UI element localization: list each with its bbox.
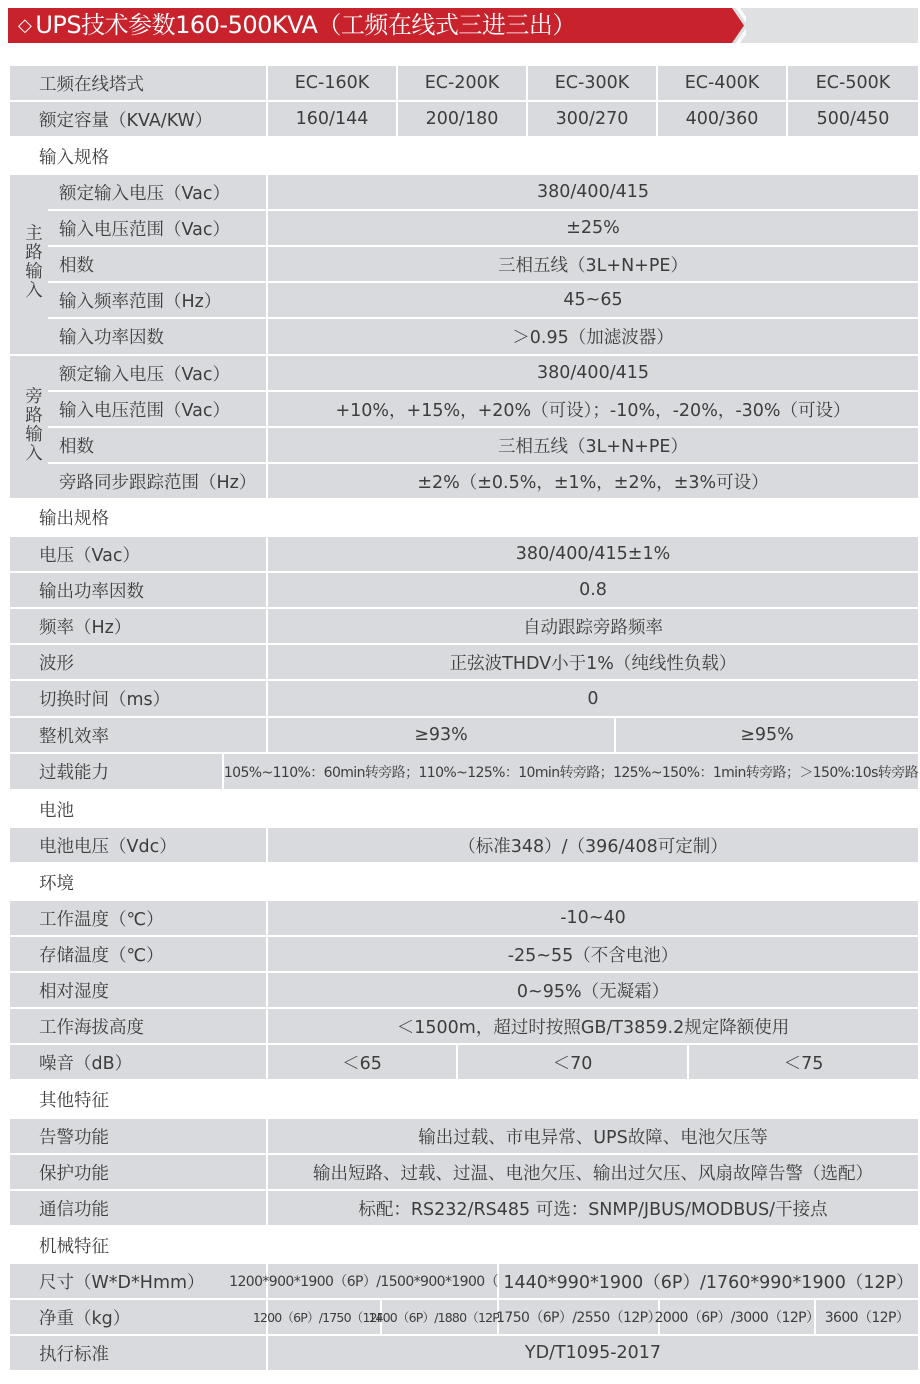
overload-row: 过载能力 105%~110%：60min转旁路；110%~125%：10min转… xyxy=(10,754,918,789)
table-row: 存储温度（℃） -25~55（不含电池） xyxy=(10,937,918,971)
row-label: 过载能力 xyxy=(10,754,222,789)
table-row: 旁路同步跟踪范围（Hz） ±2%（±0.5%，±1%，±2%，±3%可设） xyxy=(10,464,918,498)
row-value: 三相五线（3L+N+PE） xyxy=(268,428,918,462)
row-label: 相对湿度 xyxy=(10,973,266,1007)
row-label: 输出功率因数 xyxy=(10,573,266,607)
row-label: 输入功率因数 xyxy=(10,319,266,354)
weight-value: 3600（12P） xyxy=(816,1300,918,1334)
model-cell: EC-400K xyxy=(658,66,786,100)
row-value: 三相五线（3L+N+PE） xyxy=(268,247,918,281)
row-label: 尺寸（W*D*Hmm） xyxy=(10,1264,266,1298)
diamond-icon: ◇ xyxy=(18,15,31,36)
table-row: 波形 正弦波THDV小于1%（纯线性负载） xyxy=(10,645,918,679)
row-value: 0 xyxy=(268,681,918,716)
row-label: 整机效率 xyxy=(10,718,266,752)
table-row: 相数 三相五线（3L+N+PE） xyxy=(10,428,918,462)
table-row: 工作温度（℃） -10~40 xyxy=(10,901,918,935)
capacity-cell: 400/360 xyxy=(658,102,786,136)
noise-value: ＜75 xyxy=(689,1045,918,1079)
table-row: 相数 三相五线（3L+N+PE） xyxy=(10,247,918,281)
row-label: 工作海拔高度 xyxy=(10,1009,266,1043)
capacity-cell: 160/144 xyxy=(268,102,396,136)
capacity-cell: 200/180 xyxy=(398,102,526,136)
table-row: 输入频率范围（Hz） 45~65 xyxy=(10,283,918,317)
table-row: 相对湿度 0~95%（无凝霜） xyxy=(10,973,918,1007)
row-value: ＞0.95（加滤波器） xyxy=(268,319,918,354)
model-cell: EC-300K xyxy=(528,66,656,100)
dimensions-value: 1440*990*1900（6P）/1760*990*1900（12P） xyxy=(499,1264,918,1298)
row-value: 输出短路、过载、过温、电池欠压、输出过欠压、风扇故障告警（选配） xyxy=(268,1155,918,1189)
table-row: 电压（Vac） 380/400/415±1% xyxy=(10,537,918,571)
model-label: 工频在线塔式 xyxy=(10,66,266,100)
row-label: 电池电压（Vdc） xyxy=(10,828,266,862)
row-value: +10%，+15%，+20%（可设）；-10%，-20%，-30%（可设） xyxy=(268,392,918,426)
table-row: 输入电压范围（Vac） +10%，+15%，+20%（可设）；-10%，-20%… xyxy=(10,392,918,426)
dimensions-row: 尺寸（W*D*Hmm） 1200*900*1900（6P）/1500*900*1… xyxy=(10,1264,918,1298)
row-label: 输入频率范围（Hz） xyxy=(10,283,266,317)
section-title-mechanical: 机械特征 xyxy=(39,1233,109,1258)
section-title-other: 其他特征 xyxy=(39,1087,109,1112)
weight-value: 1400（6P）/1880（12P） xyxy=(382,1300,497,1334)
table-row: 切换时间（ms） 0 xyxy=(10,681,918,716)
row-label: 工作温度（℃） xyxy=(10,901,266,935)
weight-row: 净重（kg） 1200（6P）/1750（12P） 1400（6P）/1880（… xyxy=(10,1300,918,1334)
row-label: 告警功能 xyxy=(10,1119,266,1153)
capacity-label: 额定容量（KVA/KW） xyxy=(10,102,266,136)
row-value: -10~40 xyxy=(268,901,918,935)
table-row: 输入电压范围（Vac） ±25% xyxy=(10,211,918,245)
title-bar: ◇UPS技术参数160-500KVA（工频在线式三进三出） xyxy=(8,8,918,43)
row-value: （标准348）/（396/408可定制） xyxy=(268,828,918,862)
model-row: 工频在线塔式 EC-160K EC-200K EC-300K EC-400K E… xyxy=(10,66,918,100)
capacity-cell: 500/450 xyxy=(788,102,918,136)
page-title-text: UPS技术参数160-500KVA（工频在线式三进三出） xyxy=(35,11,576,39)
row-value: 自动跟踪旁路频率 xyxy=(268,609,918,643)
weight-value: 2000（6P）/3000（12P） xyxy=(660,1300,814,1334)
model-cell: EC-160K xyxy=(268,66,396,100)
efficiency-value: ≥93% xyxy=(268,718,614,752)
row-value: ±2%（±0.5%，±1%，±2%，±3%可设） xyxy=(268,464,918,498)
row-value: -25~55（不含电池） xyxy=(268,937,918,971)
table-row: 输出功率因数 0.8 xyxy=(10,573,918,607)
table-row: 告警功能 输出过载、市电异常、UPS故障、电池欠压等 xyxy=(10,1119,918,1153)
row-label: 净重（kg） xyxy=(10,1300,266,1334)
row-value: 正弦波THDV小于1%（纯线性负载） xyxy=(268,645,918,679)
row-label: 保护功能 xyxy=(10,1155,266,1189)
weight-value: 1200（6P）/1750（12P） xyxy=(268,1300,380,1334)
table-row: 额定输入电压（Vac） 380/400/415 xyxy=(10,356,918,390)
standard-row: 执行标准 YD/T1095-2017 xyxy=(10,1336,918,1370)
row-label: 波形 xyxy=(10,645,266,679)
row-value: ＜1500m，超过时按照GB/T3859.2规定降额使用 xyxy=(268,1009,918,1043)
table-row: 频率（Hz） 自动跟踪旁路频率 xyxy=(10,609,918,643)
section-title-input: 输入规格 xyxy=(39,144,109,169)
row-value: ±25% xyxy=(268,211,918,245)
capacity-cell: 300/270 xyxy=(528,102,656,136)
table-row: 工作海拔高度 ＜1500m，超过时按照GB/T3859.2规定降额使用 xyxy=(10,1009,918,1043)
table-row: 保护功能 输出短路、过载、过温、电池欠压、输出过欠压、风扇故障告警（选配） xyxy=(10,1155,918,1189)
row-value: 380/400/415±1% xyxy=(268,537,918,571)
noise-value: ＜70 xyxy=(458,1045,687,1079)
row-value: 380/400/415 xyxy=(268,175,918,209)
table-row: 输入功率因数 ＞0.95（加滤波器） xyxy=(10,319,918,354)
row-value: 输出过载、市电异常、UPS故障、电池欠压等 xyxy=(268,1119,918,1153)
row-label: 输入电压范围（Vac） xyxy=(10,211,266,245)
overload-value: 105%~110%：60min转旁路；110%~125%：10min转旁路；12… xyxy=(224,754,918,789)
row-label: 切换时间（ms） xyxy=(10,681,266,716)
efficiency-row: 整机效率 ≥93% ≥95% xyxy=(10,718,918,752)
row-label: 电压（Vac） xyxy=(10,537,266,571)
row-label: 噪音（dB） xyxy=(10,1045,266,1079)
row-label: 执行标准 xyxy=(10,1336,266,1370)
row-label: 相数 xyxy=(10,428,266,462)
row-value: 标配：RS232/RS485 可选：SNMP/JBUS/MODBUS/干接点 xyxy=(268,1191,918,1225)
section-title-environment: 环境 xyxy=(39,870,74,895)
section-title-output: 输出规格 xyxy=(39,505,109,530)
capacity-row: 额定容量（KVA/KW） 160/144 200/180 300/270 400… xyxy=(10,102,918,136)
weight-value: 1750（6P）/2550（12P） xyxy=(499,1300,658,1334)
row-value: 45~65 xyxy=(268,283,918,317)
row-label: 额定输入电压（Vac） xyxy=(10,356,266,390)
row-label: 通信功能 xyxy=(10,1191,266,1225)
section-title-battery: 电池 xyxy=(39,797,74,822)
row-value: 0~95%（无凝霜） xyxy=(268,973,918,1007)
dimensions-value: 1200*900*1900（6P）/1500*900*1900（12P） xyxy=(268,1264,497,1298)
row-label: 存储温度（℃） xyxy=(10,937,266,971)
table-row: 通信功能 标配：RS232/RS485 可选：SNMP/JBUS/MODBUS/… xyxy=(10,1191,918,1225)
noise-row: 噪音（dB） ＜65 ＜70 ＜75 xyxy=(10,1045,918,1079)
table-row: 额定输入电压（Vac） 380/400/415 xyxy=(10,175,918,209)
noise-value: ＜65 xyxy=(268,1045,456,1079)
row-label: 旁路同步跟踪范围（Hz） xyxy=(10,464,266,498)
efficiency-value: ≥95% xyxy=(616,718,918,752)
table-row: 电池电压（Vdc） （标准348）/（396/408可定制） xyxy=(10,828,918,862)
row-label: 输入电压范围（Vac） xyxy=(10,392,266,426)
row-label: 相数 xyxy=(10,247,266,281)
page-title: ◇UPS技术参数160-500KVA（工频在线式三进三出） xyxy=(18,11,576,42)
title-bar-extension xyxy=(728,8,918,43)
row-label: 额定输入电压（Vac） xyxy=(10,175,266,209)
row-value: 0.8 xyxy=(268,573,918,607)
row-value: 380/400/415 xyxy=(268,356,918,390)
model-cell: EC-500K xyxy=(788,66,918,100)
model-cell: EC-200K xyxy=(398,66,526,100)
row-label: 频率（Hz） xyxy=(10,609,266,643)
standard-value: YD/T1095-2017 xyxy=(268,1336,918,1370)
